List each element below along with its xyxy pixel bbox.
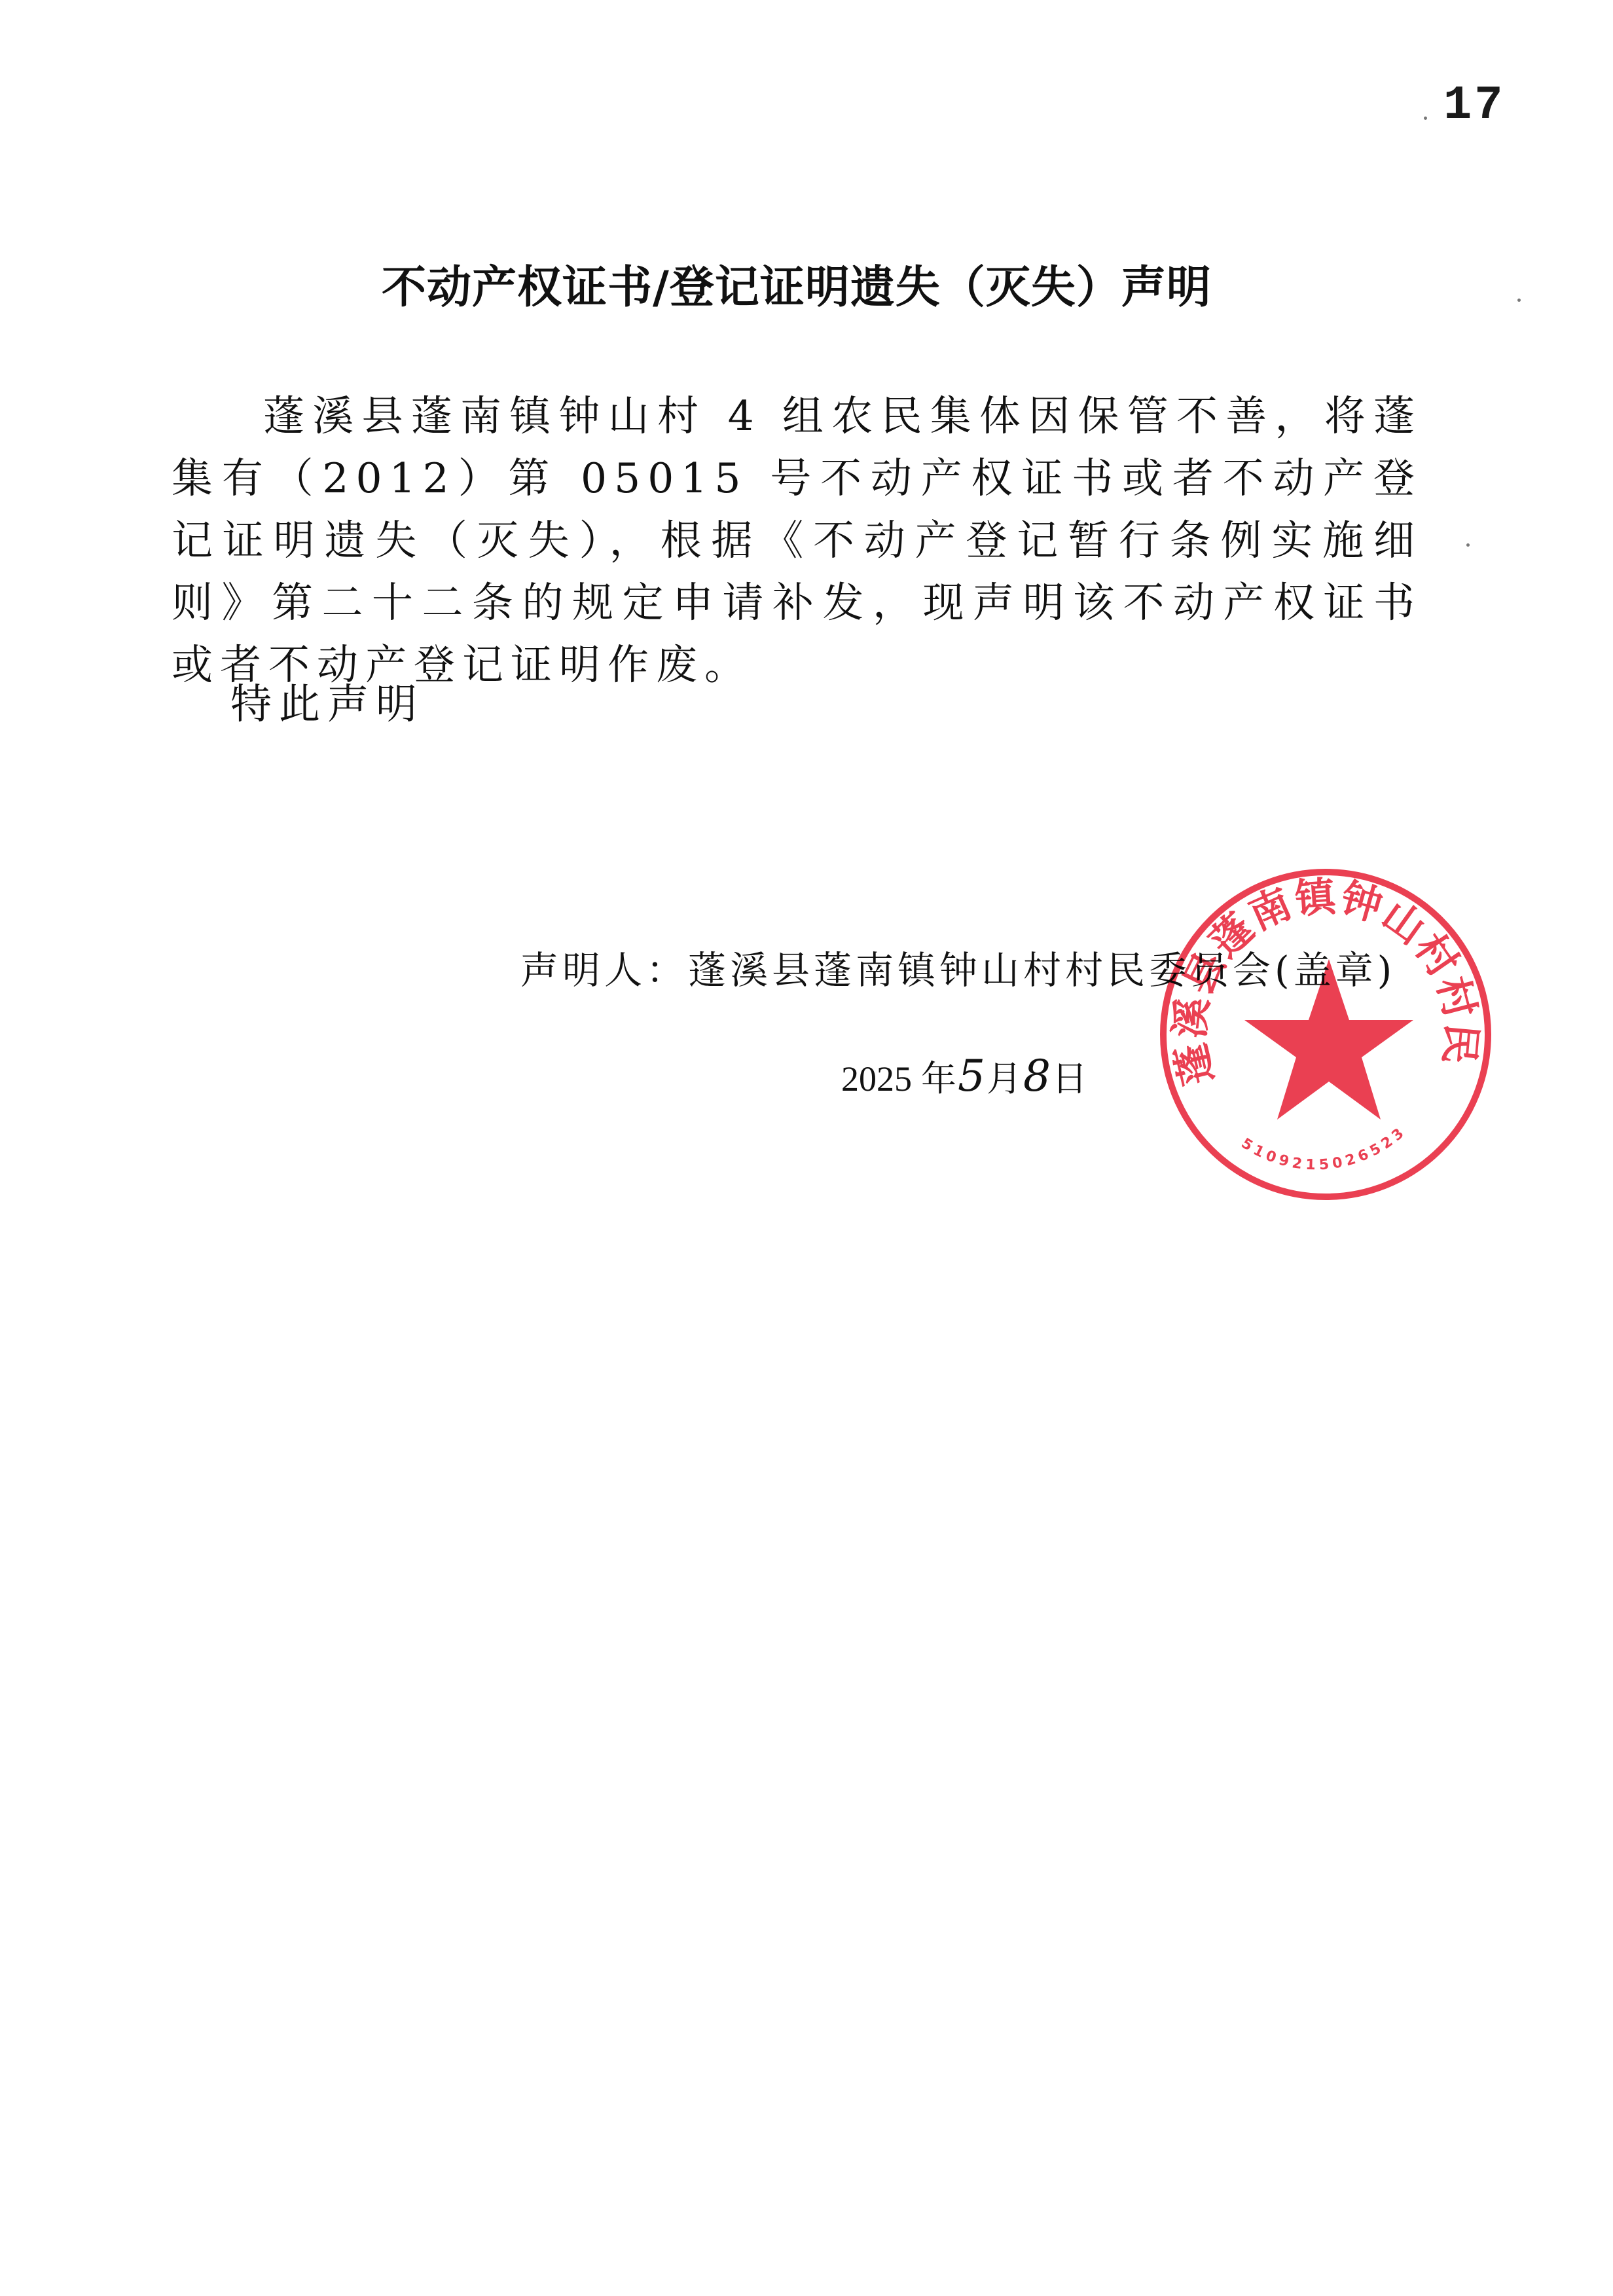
page-number: 17 xyxy=(1443,79,1505,132)
date-year-unit: 年 xyxy=(921,1051,956,1101)
scan-speck xyxy=(1517,299,1521,302)
date-year: 2025 xyxy=(841,1059,912,1099)
declaration-body: 蓬溪县蓬南镇钟山村 4 组农民集体因保管不善，将蓬集有（2012）第 05015… xyxy=(172,385,1422,696)
scan-speck xyxy=(1466,543,1470,547)
scan-speck xyxy=(1424,117,1427,120)
date-day-handwritten: 8 xyxy=(1023,1051,1051,1101)
declaration-date: 2025 年 5 月 8 日 xyxy=(841,1051,1087,1101)
date-month-handwritten: 5 xyxy=(958,1051,985,1101)
closing-statement: 特此声明 xyxy=(230,671,424,731)
seal-code: 5109215026523 xyxy=(1239,1123,1410,1173)
date-month-unit: 月 xyxy=(987,1051,1022,1101)
document-title: 不动产权证书/登记证明遗失（灭失）声明 xyxy=(382,252,1212,316)
official-seal: 蓬溪县蓬南镇钟山村村民委员会 5109215026523 xyxy=(1155,864,1496,1205)
date-day-unit: 日 xyxy=(1052,1051,1087,1101)
star-icon xyxy=(1244,959,1413,1120)
declaration-paragraph: 蓬溪县蓬南镇钟山村 4 组农民集体因保管不善，将蓬集有（2012）第 05015… xyxy=(172,385,1422,696)
